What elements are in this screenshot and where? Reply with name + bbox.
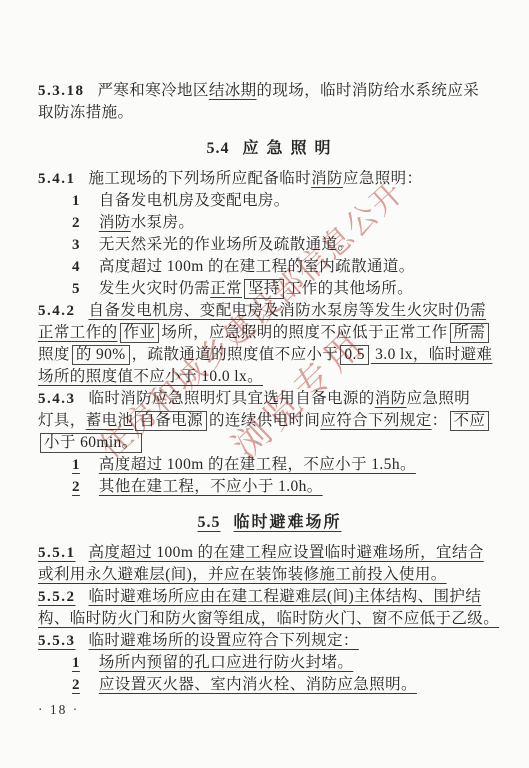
underlined-text-segment: 消防 <box>311 170 343 187</box>
item-number: 5 <box>72 281 80 297</box>
clause-number: 5.5.3 <box>38 633 76 649</box>
text-line: 5.4.2自备发电机房、变配电房及消防水泵房等发生火灾时仍需 <box>38 300 501 322</box>
section-title: 临时避难场所 <box>233 514 341 531</box>
text-segment: 严寒和寒冷地区 <box>98 82 209 99</box>
text-segment: 水泵房。 <box>131 214 195 231</box>
list-item: 1高度超过 100m 的在建工程，不应小于 1.5h。 <box>38 454 501 476</box>
text-line: 5.3.18严寒和寒冷地区结冰期的现场，临时消防给水系统应采 <box>38 80 501 102</box>
text-line: 取防冻措施。 <box>38 102 501 124</box>
text-segment: 场所，应急照明的照度不应低于正常工作 <box>161 324 447 341</box>
text-segment: 的连续供电时间 <box>209 412 320 429</box>
section-number: 5.4 <box>206 140 229 157</box>
text-segment: 工作的其他场所。 <box>286 280 413 297</box>
text-segment: 应急照明： <box>343 170 423 187</box>
section-heading-text: 5.5临时避难场所 <box>197 514 341 531</box>
text-line: 正常工作的作业场所，应急照明的照度不应低于正常工作所需 <box>38 322 501 344</box>
text-segment: 取防冻措施。 <box>38 104 133 121</box>
underlined-text-segment: 临时避难场所应由在建工程避难层(间)主体结构、围护结 <box>89 588 482 605</box>
text-segment: 发生火灾时仍需 <box>99 280 210 297</box>
clause-number: 5.5.1 <box>38 545 76 561</box>
text-segment: 高度超过 100m 的在建工程的室内疏散通道。 <box>99 258 415 275</box>
text-segment: 临时消防应急照明灯具宜选用自备电源的 <box>89 390 375 407</box>
list-item: 2其他在建工程，不应小于 1.0h。 <box>38 476 501 498</box>
section-number: 5.5 <box>197 514 220 531</box>
text-segment: 应急照明 <box>407 390 471 407</box>
inserted-text-box: 作业 <box>120 323 160 343</box>
text-line: 场所的照度值不应小于 10.0 lx。 <box>38 366 501 388</box>
list-item: 1自备发电机房及变配电房。 <box>38 190 501 212</box>
page-content: 5.3.18严寒和寒冷地区结冰期的现场，临时消防给水系统应采取防冻措施。5.4应… <box>38 80 501 718</box>
text-line: 5.4.1施工现场的下列场所应配备临时消防应急照明： <box>38 168 501 190</box>
clause-number: 5.5.2 <box>38 589 76 605</box>
item-number: 1 <box>72 457 80 473</box>
underlined-text-segment: 结冰期 <box>209 82 257 99</box>
section-heading: 5.4应 急 照 明 <box>38 137 501 161</box>
inserted-text-box: 小于 60min。 <box>40 433 142 453</box>
document-page: 住房和城乡建设部信息公开 浏览专用 5.3.18严寒和寒冷地区结冰期的现场，临时… <box>0 0 529 768</box>
text-segment: 施工现场的下列场所应配备临时 <box>89 170 312 187</box>
underlined-text-segment: 或利用永久避难层(间)，并应在装饰装修施工前投入使用。 <box>38 566 447 583</box>
list-item: 2应设置灭火器、室内消火栓、消防应急照明。 <box>38 674 501 696</box>
inserted-text-box: 不应 <box>450 411 490 431</box>
document-body: 5.3.18严寒和寒冷地区结冰期的现场，临时消防给水系统应采取防冻措施。5.4应… <box>38 80 501 696</box>
underlined-text-segment: 正常 <box>210 280 242 297</box>
text-line: 5.5.3临时避难场所的设置应符合下列规定： <box>38 630 501 652</box>
underlined-text-segment: 高度超过 100m 的在建工程，不应小于 1.5h。 <box>99 456 416 473</box>
text-line: 5.4.3临时消防应急照明灯具宜选用自备电源的消防应急照明 <box>38 388 501 410</box>
clause-number: 5.4.3 <box>38 391 76 407</box>
underlined-text-segment: 消防 <box>375 390 407 407</box>
page-number: · 18 · <box>38 702 501 718</box>
underlined-text-segment: 场所内预留的孔口应进行防火封堵。 <box>99 654 353 671</box>
item-number: 1 <box>72 193 80 209</box>
inserted-text-box: 的 90% <box>72 345 130 365</box>
underlined-text-segment: 自备发电机房、变配电房及消防水泵房等发生火灾时仍需 <box>89 302 487 319</box>
text-segment: 无天然采光的作业场所及疏散通道。 <box>99 236 353 253</box>
list-item: 3无天然采光的作业场所及疏散通道。 <box>38 234 501 256</box>
item-number: 2 <box>72 215 80 231</box>
underlined-text-segment: 3.0 lx，临时避难 <box>371 346 492 363</box>
text-segment: ，疏散通道的照度值不应小于 <box>132 346 339 363</box>
list-item: 2消防水泵房。 <box>38 212 501 234</box>
underlined-text-segment: 消防 <box>99 214 131 231</box>
underlined-text-segment: 临时避难场所的设置应符合下列规定： <box>89 632 359 649</box>
inserted-text-box: 0.5 <box>340 345 369 365</box>
underlined-text-segment: 应设置灭火器、室内消火栓、消防应急照明。 <box>99 676 417 693</box>
underlined-text-segment: 场所的照度值不应小于 10.0 lx。 <box>38 368 263 385</box>
text-line: 5.5.1高度超过 100m 的在建工程应设置临时避难场所，宜结合 <box>38 542 501 564</box>
item-number: 4 <box>72 259 80 275</box>
clause-number: 5.3.18 <box>38 83 85 99</box>
item-number: 1 <box>72 655 80 671</box>
item-number: 2 <box>72 677 80 693</box>
inserted-text-box: 坚持 <box>244 279 284 299</box>
text-segment: 照度 <box>38 346 70 363</box>
text-line: 小于 60min。 <box>38 432 501 454</box>
text-line: 照度的 90%，疏散通道的照度值不应小于0.5 3.0 lx，临时避难 <box>38 344 501 366</box>
underlined-text-segment: 应符合下列规定 <box>320 412 431 429</box>
text-line: 5.5.2临时避难场所应由在建工程避难层(间)主体结构、围护结 <box>38 586 501 608</box>
list-item: 4高度超过 100m 的在建工程的室内疏散通道。 <box>38 256 501 278</box>
inserted-text-box: 自备电源 <box>135 411 207 431</box>
item-number: 2 <box>72 479 80 495</box>
text-segment: ： <box>432 412 448 429</box>
list-item: 5发生火灾时仍需正常坚持工作的其他场所。 <box>38 278 501 300</box>
underlined-text-segment: 其他在建工程，不应小于 1.0h。 <box>99 478 323 495</box>
text-line: 构、临时防火门和防火窗等组成，临时防火门、窗不应低于乙级。 <box>38 608 501 630</box>
text-line: 或利用永久避难层(间)，并应在装饰装修施工前投入使用。 <box>38 564 501 586</box>
clause-number: 5.4.2 <box>38 303 76 319</box>
underlined-text-segment: 正常工作的 <box>38 324 118 341</box>
text-segment: 灯具， <box>38 412 86 429</box>
underlined-text-segment: 构、临时防火门和防火窗等组成，临时防火门、窗不应低于乙级。 <box>38 610 499 627</box>
section-heading-text: 5.4应 急 照 明 <box>206 140 332 157</box>
item-number: 3 <box>72 237 80 253</box>
list-item: 1场所内预留的孔口应进行防火封堵。 <box>38 652 501 674</box>
underlined-text-segment: 高度超过 100m 的在建工程应设置临时避难场所，宜结合 <box>89 544 484 561</box>
inserted-text-box: 所需 <box>450 323 490 343</box>
section-title: 应 急 照 明 <box>242 140 332 157</box>
clause-number: 5.4.1 <box>38 171 76 187</box>
section-heading: 5.5临时避难场所 <box>38 511 501 535</box>
underlined-text-segment: 蓄电池 <box>86 412 134 429</box>
text-line: 灯具，蓄电池自备电源的连续供电时间应符合下列规定：不应 <box>38 410 501 432</box>
text-segment: 自备发电机房及变配电房。 <box>99 192 290 209</box>
text-segment: 的现场，临时消防给水系统应采 <box>257 82 480 99</box>
